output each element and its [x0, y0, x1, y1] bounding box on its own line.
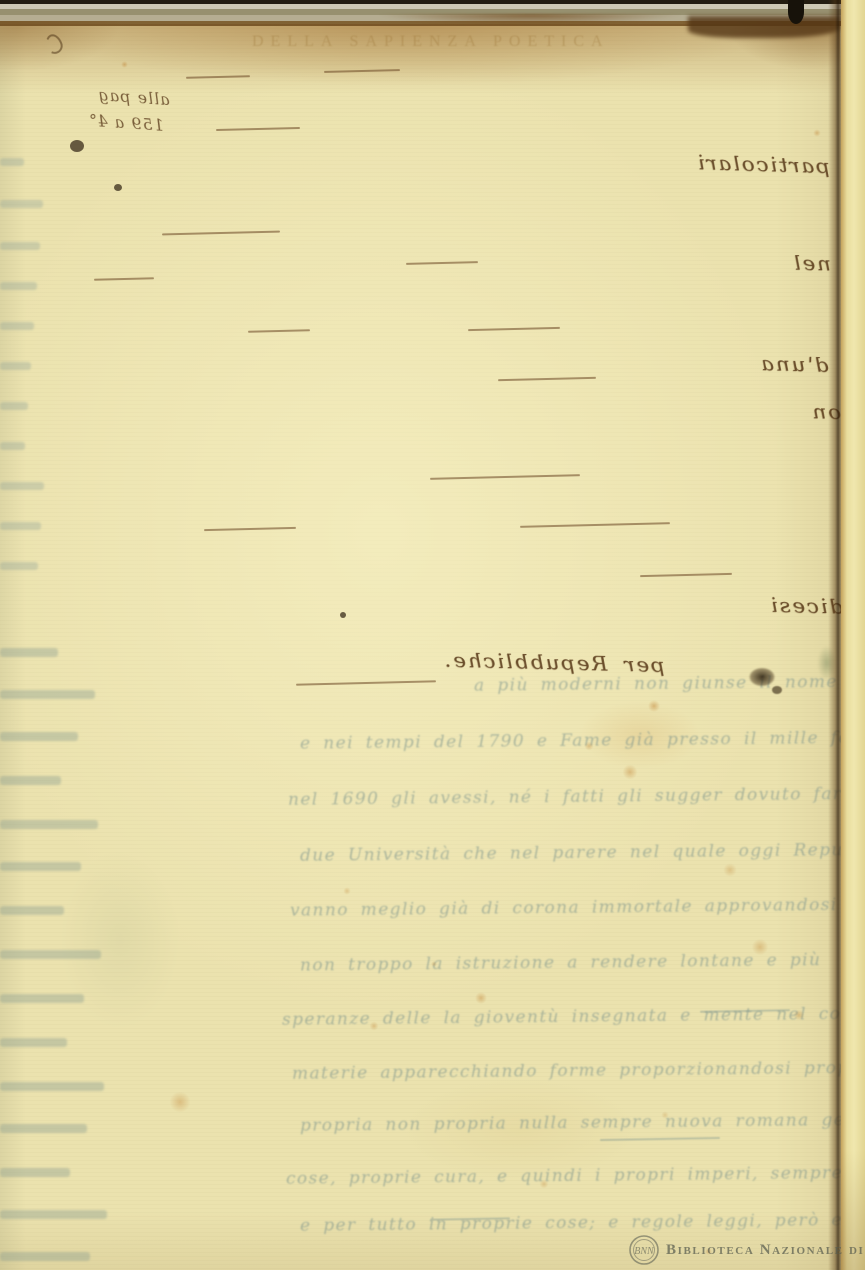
bnn-logo-icon: BNN [628, 1234, 660, 1266]
paper-tint [40, 820, 200, 1060]
library-watermark: BNN Biblioteca Nazionale di Napoli [628, 1234, 865, 1266]
ink-speck [114, 184, 122, 191]
foxing-spot [342, 886, 352, 896]
foxing-spot [660, 1110, 670, 1120]
foxing-spot [473, 990, 489, 1006]
bleedthrough-margin-mark [0, 1082, 104, 1091]
book-top-edge-stain [688, 16, 840, 38]
margin-note: alle pag [109, 86, 170, 109]
bleedthrough-margin-mark [0, 322, 34, 330]
foxing-spot [430, 960, 438, 968]
margin-note: 159 a 4° [107, 112, 164, 135]
bleedthrough-margin-mark [0, 200, 43, 208]
bleedthrough-margin-mark [0, 242, 40, 250]
bleedthrough-margin-mark [0, 402, 28, 410]
bleedthrough-margin-mark [0, 862, 81, 871]
bleedthrough-margin-mark [0, 482, 44, 490]
bleedthrough-margin-mark [0, 906, 64, 915]
ink-speck [340, 612, 346, 618]
bleedthrough-margin-mark [0, 522, 41, 530]
bleedthrough-margin-mark [0, 1038, 67, 1047]
bleedthrough-margin-mark [0, 442, 25, 450]
bleedthrough-margin-mark [0, 1210, 107, 1219]
foxing-spot [812, 128, 822, 138]
adjacent-page-edge [841, 0, 865, 1270]
foxing-spot [538, 1178, 550, 1190]
library-watermark-label: Biblioteca Nazionale di Napoli [666, 1242, 865, 1259]
bleedthrough-margin-mark [0, 648, 58, 657]
bleedthrough-margin-mark [0, 690, 95, 699]
page-gutter-crease [828, 0, 842, 1270]
foxing-spot [368, 1020, 380, 1032]
foxing-spot [646, 698, 662, 714]
foxing-spot [166, 1088, 194, 1116]
bleedthrough-margin-mark [0, 562, 38, 570]
ink-speck [772, 686, 782, 694]
bleedthrough-margin-mark [0, 732, 78, 741]
bleedthrough-margin-mark [0, 1168, 70, 1177]
manuscript-line: per Repubbliche. [464, 648, 666, 681]
manuscript-page: DELLA SAPIENZA POETICA si vedevano alla … [0, 0, 865, 1270]
ink-speck [70, 140, 84, 152]
bleedthrough-margin-mark [0, 158, 24, 166]
book-top-edge-stain [340, 14, 720, 28]
foxing-spot [749, 936, 771, 958]
binding-nick [788, 0, 804, 24]
bleedthrough-margin-mark [0, 362, 31, 370]
bleedthrough-margin-mark [0, 282, 37, 290]
foxing-spot [792, 1008, 806, 1022]
top-left-stain [0, 20, 180, 90]
bleedthrough-margin-mark [0, 994, 84, 1003]
svg-text:BNN: BNN [634, 1246, 655, 1257]
bleedthrough-margin-mark [0, 1252, 90, 1261]
foxing-spot [620, 762, 640, 782]
foxing-spot [120, 60, 129, 69]
bleedthrough-margin-mark [0, 776, 61, 785]
foxing-spot [583, 740, 595, 752]
foxing-spot [721, 861, 739, 879]
bleedthrough-margin-mark [0, 1124, 87, 1133]
bleedthrough-margin-mark [0, 950, 101, 959]
bleedthrough-margin-mark [0, 820, 98, 829]
faint-page-header: DELLA SAPIENZA POETICA [252, 33, 652, 51]
